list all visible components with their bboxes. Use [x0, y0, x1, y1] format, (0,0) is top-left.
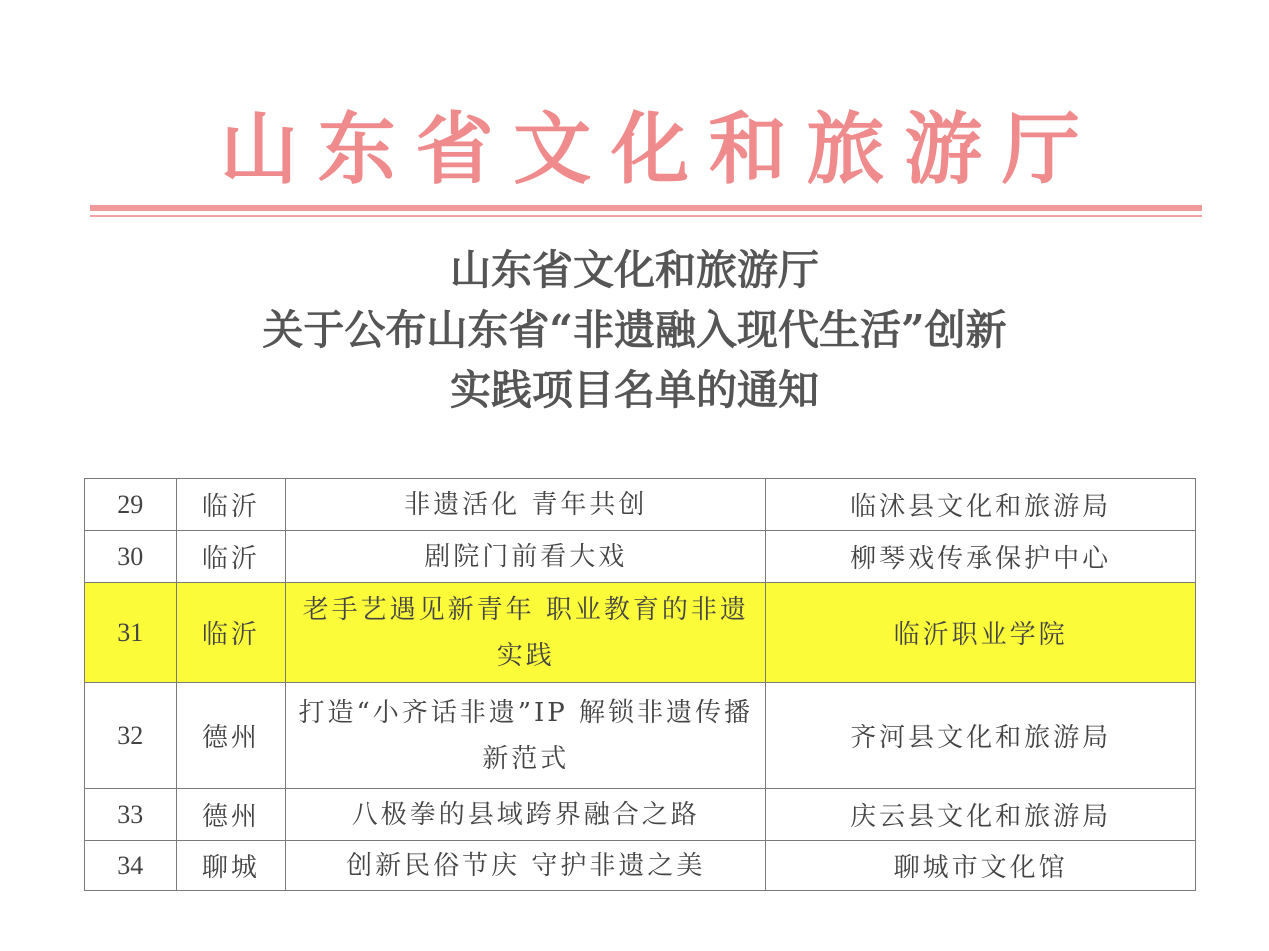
document-title: 山东省文化和旅游厅 关于公布山东省“非遗融入现代生活”创新 实践项目名单的通知: [0, 240, 1269, 420]
letterhead-rule-thin: [90, 215, 1202, 217]
letterhead-char: 旅: [806, 111, 884, 189]
row-number: 30: [85, 531, 177, 583]
project-list-table: 29 临沂 非遗活化 青年共创 临沭县文化和旅游局 30 临沂 剧院门前看大戏 …: [84, 478, 1196, 891]
letterhead-char: 厅: [1002, 111, 1080, 189]
table-row: 33 德州 八极拳的县域跨界融合之路 庆云县文化和旅游局: [85, 789, 1196, 841]
row-organization: 临沂职业学院: [766, 583, 1196, 683]
row-number: 29: [85, 479, 177, 531]
table-row: 32 德州 打造“小齐话非遗”IP 解锁非遗传播新范式 齐河县文化和旅游局: [85, 683, 1196, 789]
row-project: 剧院门前看大戏: [286, 531, 766, 583]
letterhead-char: 省: [415, 111, 493, 189]
title-line-2: 关于公布山东省“非遗融入现代生活”创新: [0, 300, 1269, 360]
row-city: 德州: [176, 789, 286, 841]
row-number: 32: [85, 683, 177, 789]
table-row: 30 临沂 剧院门前看大戏 柳琴戏传承保护中心: [85, 531, 1196, 583]
row-organization: 临沭县文化和旅游局: [766, 479, 1196, 531]
row-city: 临沂: [176, 479, 286, 531]
title-line-1: 山东省文化和旅游厅: [0, 240, 1269, 300]
row-city: 临沂: [176, 583, 286, 683]
table-row: 29 临沂 非遗活化 青年共创 临沭县文化和旅游局: [85, 479, 1196, 531]
letterhead-char: 文: [513, 111, 591, 189]
letterhead-char: 和: [709, 111, 787, 189]
row-city: 聊城: [176, 841, 286, 891]
table-row-highlighted: 31 临沂 老手艺遇见新青年 职业教育的非遗实践 临沂职业学院: [85, 583, 1196, 683]
row-number: 34: [85, 841, 177, 891]
letterhead-char: 化: [611, 111, 689, 189]
row-number: 33: [85, 789, 177, 841]
row-number: 31: [85, 583, 177, 683]
row-organization: 齐河县文化和旅游局: [766, 683, 1196, 789]
row-project: 创新民俗节庆 守护非遗之美: [286, 841, 766, 891]
row-organization: 柳琴戏传承保护中心: [766, 531, 1196, 583]
table-row: 34 聊城 创新民俗节庆 守护非遗之美 聊城市文化馆: [85, 841, 1196, 891]
row-project: 八极拳的县域跨界融合之路: [286, 789, 766, 841]
row-city: 临沂: [176, 531, 286, 583]
row-project: 非遗活化 青年共创: [286, 479, 766, 531]
row-city: 德州: [176, 683, 286, 789]
row-project: 打造“小齐话非遗”IP 解锁非遗传播新范式: [286, 683, 766, 789]
row-organization: 庆云县文化和旅游局: [766, 789, 1196, 841]
letterhead-rule-thick: [90, 205, 1202, 211]
title-line-3: 实践项目名单的通知: [0, 360, 1269, 420]
letterhead-char: 东: [318, 111, 396, 189]
letterhead: 山 东 省 文 化 和 旅 游 厅: [200, 100, 1100, 200]
row-organization: 聊城市文化馆: [766, 841, 1196, 891]
letterhead-char: 山: [220, 111, 298, 189]
letterhead-char: 游: [904, 111, 982, 189]
row-project: 老手艺遇见新青年 职业教育的非遗实践: [286, 583, 766, 683]
